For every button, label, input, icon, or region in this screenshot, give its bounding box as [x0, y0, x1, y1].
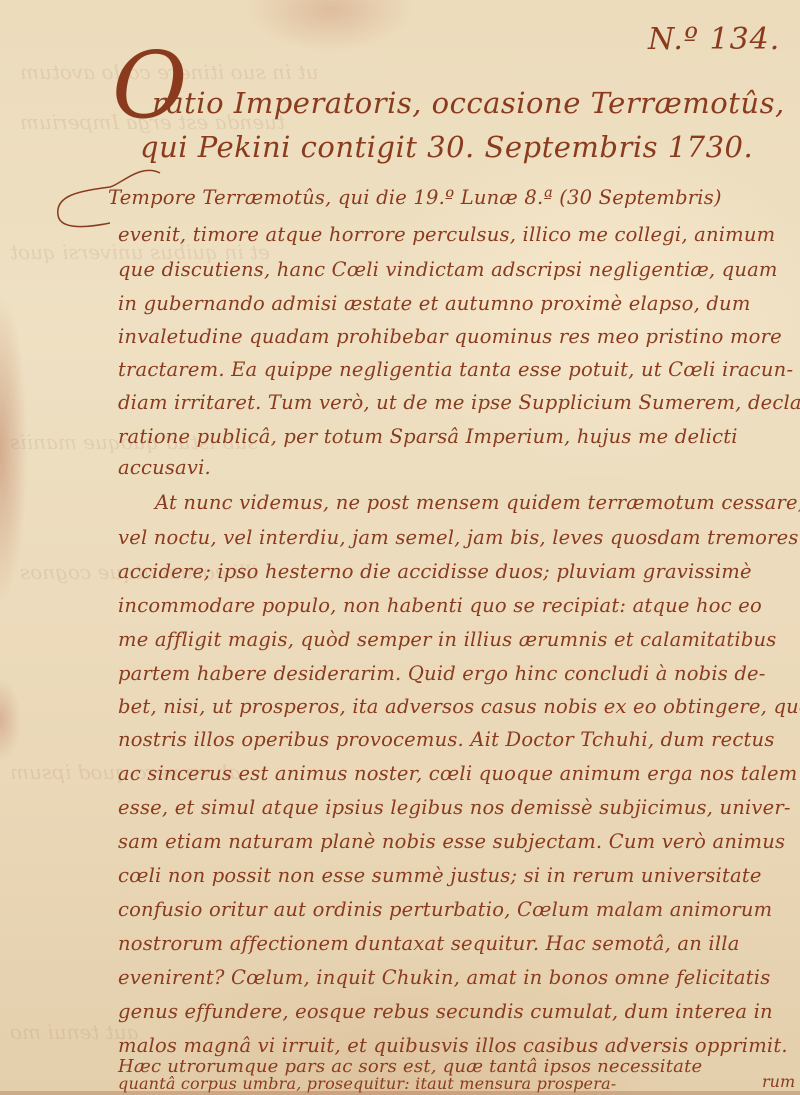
- text-line: At nunc videmus, ne post mensem quidem t…: [155, 493, 800, 513]
- text-line: malos magnâ vi irruit, et quibusvis illo…: [118, 1036, 788, 1056]
- text-line: genus effundere, eosque rebus secundis c…: [118, 1002, 773, 1022]
- text-line: evenirent? Cœlum, inquit Chukin, amat in…: [118, 968, 770, 988]
- text-line: ac sincerus est animus noster, cœli quoq…: [118, 764, 797, 784]
- text-line: diam irritaret. Tum verò, ut de me ipse …: [118, 393, 800, 413]
- text-line: incommodare populo, non habenti quo se r…: [118, 596, 762, 616]
- document-body: Tempore Terræmotûs, qui die 19.º Lunæ 8.…: [0, 0, 800, 1095]
- text-line: accidere; ipso hesterno die accidisse du…: [118, 562, 752, 582]
- text-line: me affligit magis, quòd semper in illius…: [118, 630, 777, 650]
- text-line: in gubernando admisi æstate et autumno p…: [118, 294, 751, 314]
- text-line: partem habere desiderarim. Quid ergo hin…: [118, 664, 766, 684]
- text-line: accusavi.: [118, 458, 211, 478]
- text-line: bet, nisi, ut prosperos, ita adversos ca…: [118, 697, 800, 717]
- catchword: rum: [762, 1072, 795, 1091]
- text-line: confusio oritur aut ordinis perturbatio,…: [118, 900, 772, 920]
- text-line: quantâ corpus umbra, prosequitur: itaut …: [118, 1076, 616, 1092]
- text-line: sam etiam naturam planè nobis esse subje…: [118, 832, 785, 852]
- text-line: esse, et simul atque ipsius legibus nos …: [118, 798, 791, 818]
- text-line: cœli non possit non esse summè justus; s…: [118, 866, 762, 886]
- text-line: vel noctu, vel interdiu, jam semel, jam …: [118, 528, 799, 548]
- text-line: ratione publicâ, per totum Sparsâ Imperi…: [118, 427, 738, 447]
- text-line: tractarem. Ea quippe negligentia tanta e…: [118, 360, 793, 380]
- paper-edge-stain: [0, 1091, 800, 1095]
- text-line: invaletudine quadam prohibebar quominus …: [118, 327, 782, 347]
- text-line: nostrorum affectionem duntaxat sequitur.…: [118, 934, 740, 954]
- text-line: Tempore Terræmotûs, qui die 19.º Lunæ 8.…: [108, 188, 722, 208]
- text-line: evenit, timore atque horrore perculsus, …: [118, 225, 775, 245]
- manuscript-page: ut in suo itinere cœlo avotum tuenda est…: [0, 0, 800, 1095]
- text-line: nostris illos operibus provocemus. Ait D…: [118, 730, 775, 750]
- text-line: que discutiens, hanc Cœli vindictam adsc…: [118, 260, 778, 280]
